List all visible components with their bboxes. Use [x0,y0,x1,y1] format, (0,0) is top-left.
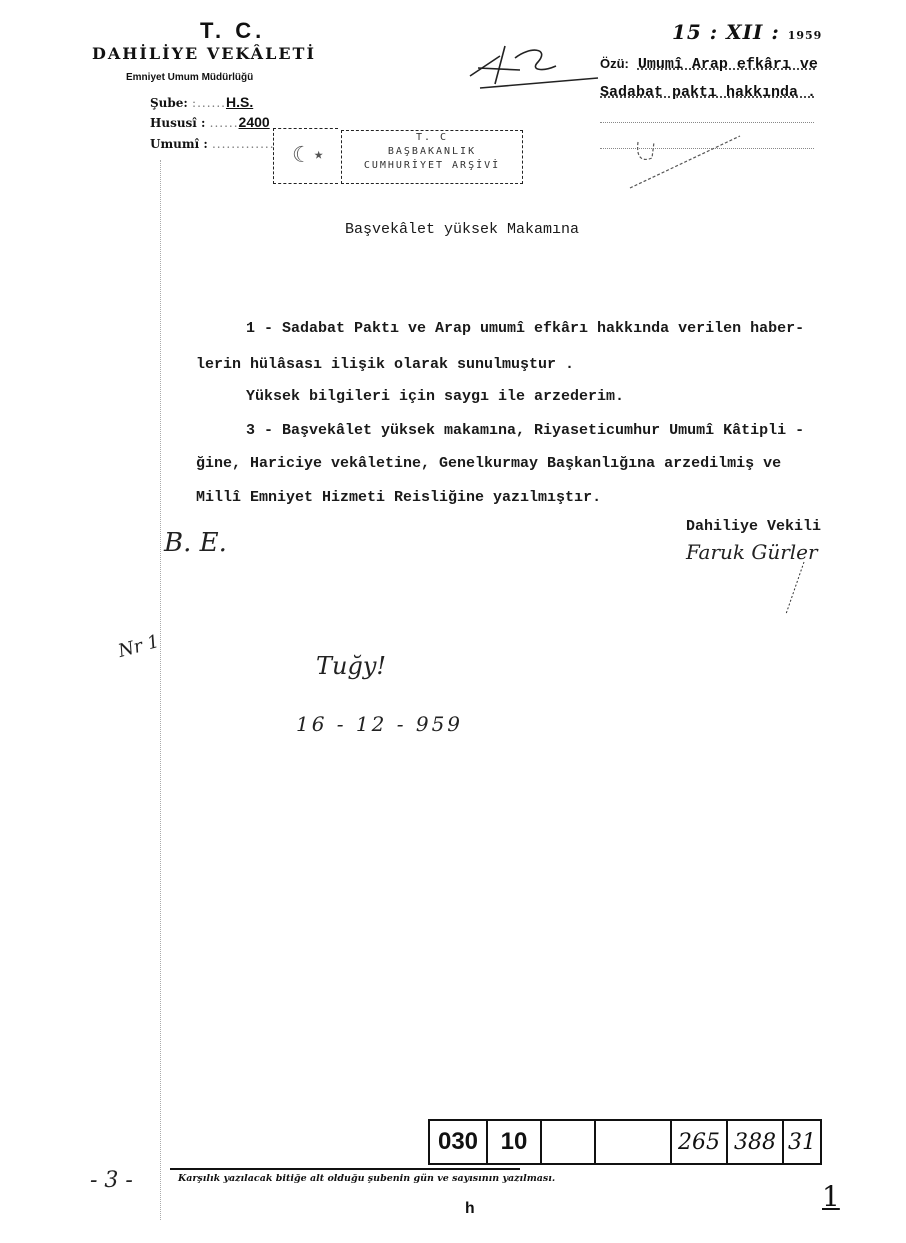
sheet-number: 1 [822,1180,840,1213]
signature-stroke-icon [780,560,810,616]
margin-note: Nr 1 [116,631,162,662]
stamp-text-box: T. C BAŞBAKANLIK CUMHURİYET ARŞİVİ [341,130,523,184]
page-number: - 3 - [90,1168,133,1193]
field-umumi: Umumî : ............. [150,135,275,151]
approval-note: Tuğy! [316,652,386,680]
field-label: Hususî : [150,116,205,130]
field-value: H.S. [226,94,253,110]
body-paragraph-2: Yüksek bilgileri için saygı ile arzederi… [246,388,624,405]
crescent-star-icon: ☾⋆ [292,143,326,168]
addressee: Başvekâlet yüksek Makamına [345,221,579,238]
body-paragraph-1: 1 - Sadabat Paktı ve Arap umumî efkârı h… [246,320,804,337]
signer-title: Dahiliye Vekili [686,518,821,535]
scribble-mark-icon [620,128,750,198]
archive-stamp: ☾⋆ T. C BAŞBAKANLIK CUMHURİYET ARŞİVİ [273,128,523,184]
archive-code-cell [542,1121,596,1163]
state-heading: T. C. [200,18,265,44]
archive-code-cell: 030 [430,1121,488,1163]
handwritten-date: 15 : XII : 1959 [672,20,822,44]
footer-instruction: Karşılık yazılacak bitiğe alt olduğu şub… [178,1173,555,1184]
field-value: 2400 [239,114,270,130]
date-year: 1959 [788,29,823,42]
archive-code-cell: 388 [728,1121,784,1163]
body-paragraph-3: 3 - Başvekâlet yüksek makamına, Riyaseti… [246,422,804,439]
approval-date: 16 - 12 - 959 [296,712,463,736]
footer-rule [170,1168,520,1170]
margin-rule [160,160,161,1220]
subject-line-1: Özü: Umumî Arap efkârı ve [600,50,818,79]
footer-mark: h [465,1200,475,1218]
dotted-rule [600,122,814,123]
initials-annotation: B. E. [164,528,227,558]
body-paragraph-3-end: Millî Emniyet Hizmeti Reisliğine yazılmı… [196,489,601,506]
field-sube: Şube: :......H.S. [150,94,253,110]
archive-code-cell [596,1121,672,1163]
archive-code-table: 030 10 265 388 31 [428,1119,822,1165]
field-hususi: Hususî : ......2400 [150,114,270,130]
field-label: Umumî : [150,137,208,151]
stamp-emblem-box: ☾⋆ [273,128,338,184]
field-label: Şube: [150,96,188,110]
subject-label: Özü: [600,56,629,71]
department-heading: Emniyet Umum Müdürlüğü [126,72,253,83]
subject-block: Özü: Umumî Arap efkârı ve Sadabat paktı … [600,50,818,107]
body-paragraph-3-cont: ğine, Hariciye vekâletine, Genelkurmay B… [196,455,781,472]
archive-code-cell: 265 [672,1121,728,1163]
ministry-heading: DAHİLİYE VEKÂLETİ [92,44,316,63]
paraph-scribble-icon [460,36,600,96]
archive-code-cell: 10 [488,1121,542,1163]
body-paragraph-1-cont: lerin hülâsası ilişik olarak sunulmuştur… [196,356,574,373]
archive-code-cell: 31 [784,1121,820,1163]
subject-line-2: Sadabat paktı hakkında . [600,79,818,107]
